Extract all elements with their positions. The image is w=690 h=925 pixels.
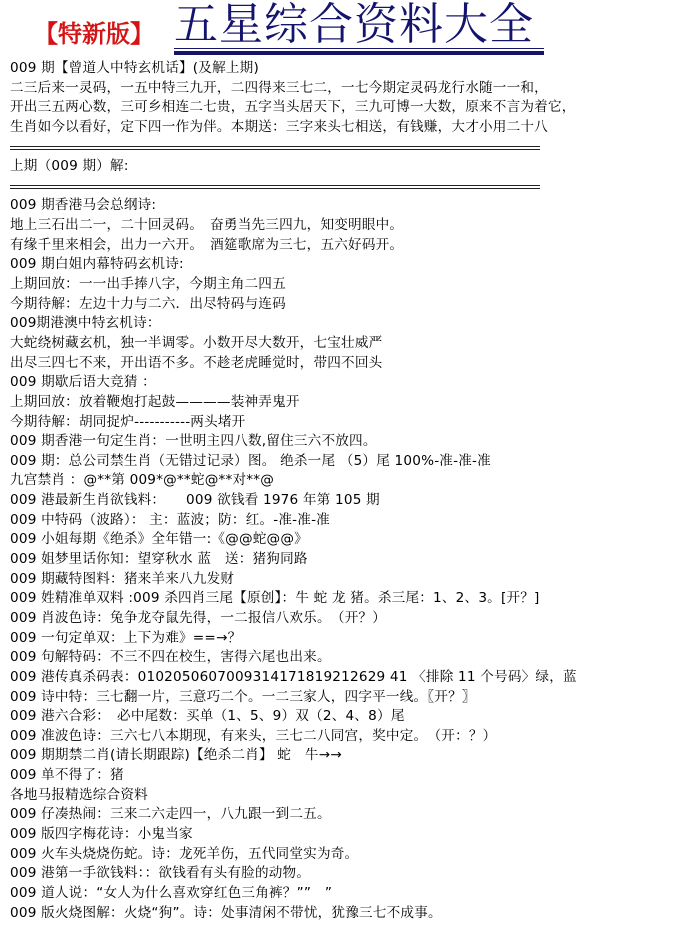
text-line: 009 诗中特：三七翻一片，三意巧二个。一二三家人，四字平一线。〖开？〗 [10, 688, 690, 708]
text-line: 地上三石出二一，二十回灵码。 奋勇当先三四九，知变明眼中。 [10, 216, 690, 236]
text-line: 009 中特码（波路）： 主：蓝波；防：红。-准-准-准 [10, 511, 690, 531]
text-line: 009 期期禁二肖(请长期跟踪)【绝杀二肖】 蛇 牛→→ [10, 746, 690, 766]
page-header: 【特新版】 五星综合资料大全 [0, 0, 690, 60]
text-line: 各地马报精选综合资料 [10, 786, 690, 806]
text-line: 二三后来一灵码，一五中特三九开，二四得来三七二，一七今期定灵码龙行水随一一和， [10, 79, 690, 99]
text-line: 009 姓精准单双料 :009 杀四肖三尾【原创】：牛 蛇 龙 猪。杀三尾：1、… [10, 589, 690, 609]
text-line: 上期回放：一一出手捧八字，今期主角二四五 [10, 275, 690, 295]
text-line: 上期（009 期）解: [10, 157, 690, 177]
text-line: 上期回放：放着鞭炮打起鼓————装神弄鬼开 [10, 393, 690, 413]
text-line: 大蛇绕树藏玄机，独一半调零。小数开尽大数开，七宝壮威严 [10, 334, 690, 354]
text-line: 009 港第一手欲钱料：：欲钱看有头有脸的动物。 [10, 864, 690, 884]
text-line: 009 港六合彩： 必中尾数：买单（1、5、9）双（2、4、8）尾 [10, 707, 690, 727]
edition-tag: 【特新版】 [34, 14, 154, 49]
title-underline-bar [174, 51, 544, 55]
text-line: 009 期：总公司禁生肖（无错过记录）图。 绝杀一尾 （5）尾 100%-准-准… [10, 452, 690, 472]
content-body: 009 期【曾道人中特玄机话】(及解上期)二三后来一灵码，一五中特三九开，二四得… [10, 59, 690, 923]
text-line: 009 道人说：“女人为什么喜欢穿红色三角裤？”” ” [10, 884, 690, 904]
text-line: 009 期歇后语大竞猜 ： [10, 373, 690, 393]
text-line: 009 句解特码：不三不四在校生，害得六尾也出来。 [10, 648, 690, 668]
text-line: 009 肖波色诗：兔争龙夺鼠先得，一二报信八欢乐。 （开？） [10, 609, 690, 629]
text-line: 009 一句定单双：上下为难》==→？ [10, 629, 690, 649]
text-line: 009 期香港一句定生肖：一世明主四八数,留住三六不放四。 [10, 432, 690, 452]
text-line: 009 仔凑热闹：三来二六走四一，八九跟一到二五。 [10, 805, 690, 825]
text-line: 出尽三四七不来，开出语不多。不趁老虎睡觉时，带四不回头 [10, 354, 690, 374]
text-line: 009 版四字梅花诗：小鬼当家 [10, 825, 690, 845]
text-line: 009 版火烧图解：火烧“狗”。诗：处事清闲不带忧，犹豫三七不成事。 [10, 904, 690, 924]
text-line: 009 姐梦里话你知：望穿秋水 蓝 送：猪狗同路 [10, 550, 690, 570]
text-line: 生肖如今以看好，定下四一作为伴。本期送：三字来头七相送，有钱赚，大才小用二十八 [10, 118, 690, 138]
text-line: 009期港澳中特玄机诗： [10, 314, 690, 334]
text-line: 九宫禁肖 ：@**第 009*@**蛇@**对**@ [10, 471, 690, 491]
text-line: 009 小姐每期《绝杀》全年错一:《@@蛇@@》 [10, 530, 690, 550]
text-line: 009 火车头烧烧伤蛇。诗：龙死羊伤，五代同堂实为奇。 [10, 845, 690, 865]
text-line: 009 准波色诗：三六七八本期现，有来头，三七二八同宫，奖中定。 （开：？） [10, 727, 690, 747]
text-line: 009 期【曾道人中特玄机话】(及解上期) [10, 59, 690, 79]
page-title: 五星综合资料大全 [174, 0, 534, 50]
text-line: 今期待解：左边十力与二六．出尽特码与连码 [10, 295, 690, 315]
separator-line [10, 177, 690, 197]
text-line: 开出三五两心数，三可乡相连二七贵，五字当头居天下，三九可博一大数，原来不言为着它… [10, 98, 690, 118]
text-line: 009 期白姐内幕特码玄机诗: [10, 255, 690, 275]
text-line: 009 港传真杀码表：0102050607009314171819212629 … [10, 668, 690, 688]
text-line: 009 单不得了：猪 [10, 766, 690, 786]
text-line: 有缘千里来相会，出力一六开。 酒筵歌席为三七，五六好码开。 [10, 236, 690, 256]
text-line: 009 期香港马会总纲诗: [10, 196, 690, 216]
text-line: 009 期藏特图料：猪来羊来八九发财 [10, 570, 690, 590]
text-line: 今期待解：胡同捉炉-----------两头堵开 [10, 413, 690, 433]
title-underline [174, 48, 544, 49]
text-line: 009 港最新生肖欲钱料： 009 欲钱看 1976 年第 105 期 [10, 491, 690, 511]
separator-line [10, 138, 690, 158]
